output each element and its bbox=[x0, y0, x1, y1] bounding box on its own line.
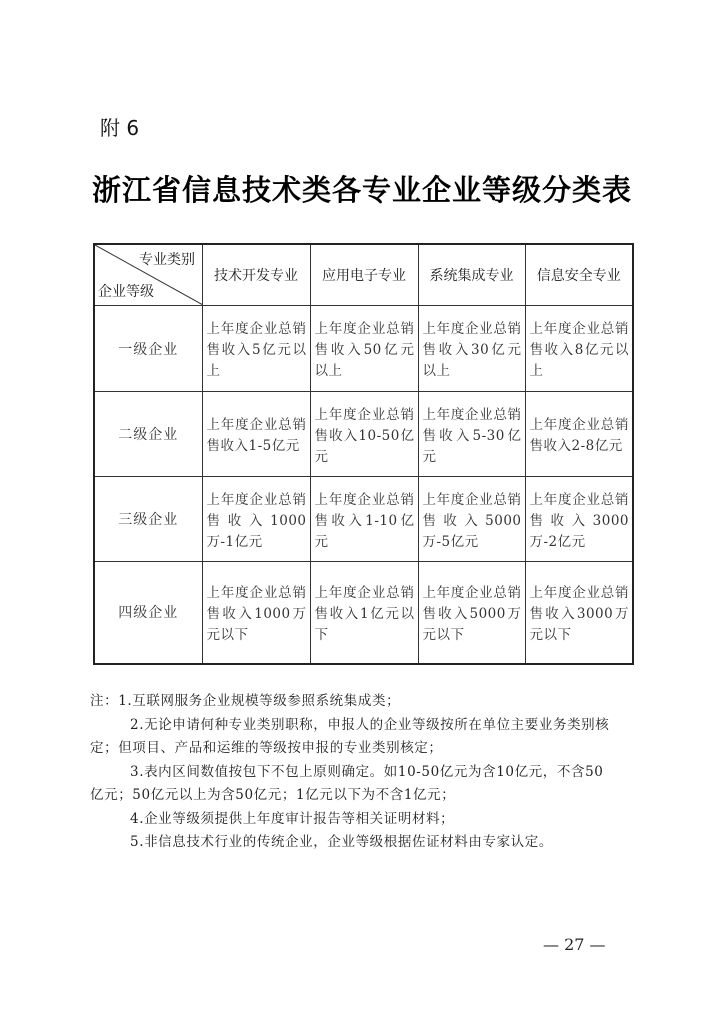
note-line: 3.表内区间数值按包下不包上原则确定。如10-50亿元为含10亿元，不含50 bbox=[100, 761, 630, 785]
document-title: 浙江省信息技术类各专业企业等级分类表 bbox=[0, 168, 724, 209]
table-cell: 上年度企业总销售收入1-5亿元 bbox=[202, 392, 310, 477]
table-cell: 上年度企业总销售收入1000万-1亿元 bbox=[202, 477, 310, 562]
table-cell: 上年度企业总销售收入1亿元以下 bbox=[310, 562, 418, 664]
row-header-grade: 四级企业 bbox=[94, 562, 202, 664]
note-line: 亿元；50亿元以上为含50亿元；1亿元以下为不含1亿元； bbox=[90, 784, 630, 808]
table-cell: 上年度企业总销售收入5000万-5亿元 bbox=[418, 477, 525, 562]
table-row: 一级企业 上年度企业总销售收入5亿元以上 上年度企业总销售收入50亿元以上 上年… bbox=[94, 306, 633, 392]
note-line: 4.企业等级须提供上年度审计报告等相关证明材料； bbox=[100, 808, 630, 832]
table-cell: 上年度企业总销售收入3000万元以下 bbox=[525, 562, 633, 664]
table-header-row: 专业类别 企业等级 技术开发专业 应用电子专业 系统集成专业 信息安全专业 bbox=[94, 244, 633, 306]
table-cell: 上年度企业总销售收入50亿元以上 bbox=[310, 306, 418, 392]
table-cell: 上年度企业总销售收入1000万元以下 bbox=[202, 562, 310, 664]
page-number: — 27 — bbox=[543, 935, 606, 954]
note-line: 定；但项目、产品和运维的等级按申报的专业类别核定； bbox=[90, 737, 630, 761]
row-header-grade: 一级企业 bbox=[94, 306, 202, 392]
annex-label: 附 6 bbox=[100, 112, 139, 141]
table-cell: 上年度企业总销售收入8亿元以上 bbox=[525, 306, 633, 392]
row-header-grade: 三级企业 bbox=[94, 477, 202, 562]
column-header: 系统集成专业 bbox=[418, 244, 525, 306]
note-line: 2.无论申请何种专业类别职称，申报人的企业等级按所在单位主要业务类别核 bbox=[100, 714, 630, 738]
notes-section: 注：1.互联网服务企业规模等级参照系统集成类； 2.无论申请何种专业类别职称，申… bbox=[100, 690, 630, 855]
table-cell: 上年度企业总销售收入2-8亿元 bbox=[525, 392, 633, 477]
table-cell: 上年度企业总销售收入30亿元以上 bbox=[418, 306, 525, 392]
row-header-grade: 二级企业 bbox=[94, 392, 202, 477]
corner-grade-label: 企业等级 bbox=[98, 281, 154, 301]
table-row: 二级企业 上年度企业总销售收入1-5亿元 上年度企业总销售收入10-50亿元 上… bbox=[94, 392, 633, 477]
corner-category-label: 专业类别 bbox=[139, 249, 195, 269]
table-cell: 上年度企业总销售收入5亿元以上 bbox=[202, 306, 310, 392]
table-row: 三级企业 上年度企业总销售收入1000万-1亿元 上年度企业总销售收入1-10亿… bbox=[94, 477, 633, 562]
table-cell: 上年度企业总销售收入5000万元以下 bbox=[418, 562, 525, 664]
table-cell: 上年度企业总销售收入1-10亿元 bbox=[310, 477, 418, 562]
column-header: 应用电子专业 bbox=[310, 244, 418, 306]
table-row: 四级企业 上年度企业总销售收入1000万元以下 上年度企业总销售收入1亿元以下 … bbox=[94, 562, 633, 664]
table-cell: 上年度企业总销售收入3000万-2亿元 bbox=[525, 477, 633, 562]
corner-header-cell: 专业类别 企业等级 bbox=[94, 244, 202, 306]
note-line: 5.非信息技术行业的传统企业，企业等级根据佐证材料由专家认定。 bbox=[100, 831, 630, 855]
column-header: 技术开发专业 bbox=[202, 244, 310, 306]
column-header: 信息安全专业 bbox=[525, 244, 633, 306]
note-line: 注：1.互联网服务企业规模等级参照系统集成类； bbox=[90, 690, 630, 714]
table-cell: 上年度企业总销售收入5-30亿元 bbox=[418, 392, 525, 477]
table-cell: 上年度企业总销售收入10-50亿元 bbox=[310, 392, 418, 477]
grade-classification-table: 专业类别 企业等级 技术开发专业 应用电子专业 系统集成专业 信息安全专业 一级… bbox=[93, 243, 634, 665]
